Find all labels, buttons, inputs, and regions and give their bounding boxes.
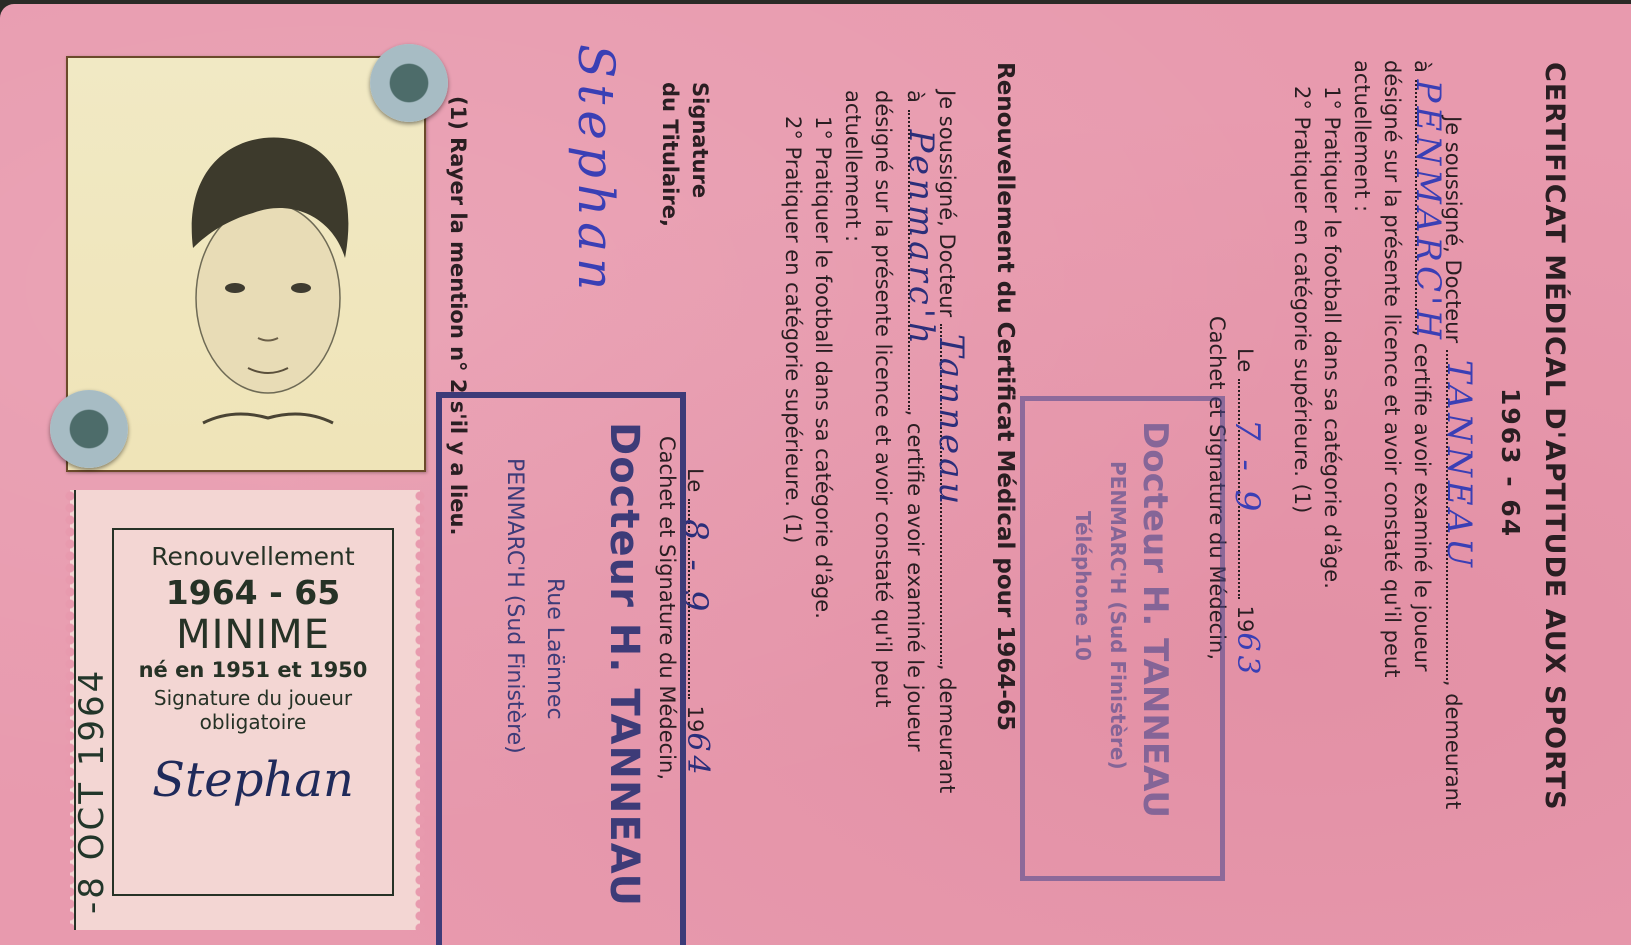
renewal-town-handwritten: Penmarc'h	[906, 130, 936, 348]
renewal-stamp-box: Renouvellement 1964 - 65 MINIME né en 19…	[112, 528, 394, 896]
cert-line-4: actuellement :	[1347, 60, 1377, 212]
postmark-date: -8 OCT 1964	[72, 668, 112, 914]
renewal-option-2: 2° Pratiquer en catégorie supérieure. (1…	[778, 116, 808, 543]
old-stamp-name: Docteur H. TANNEAU	[1135, 421, 1175, 818]
renewal-stamp-required: obligatoire	[114, 710, 392, 734]
doctor-name-field: TANNEAU	[1446, 350, 1448, 680]
grommet-bottom	[50, 390, 128, 468]
renewal-title: Renouvellement du Certificat Médical pou…	[992, 62, 1018, 731]
renewal-line-2: à Penmarc'h , certifie avoir examiné le …	[900, 90, 930, 752]
renewal-option-1: 1° Pratiquer le football dans sa catégor…	[808, 116, 838, 619]
cert-line-3: désigné sur la présente licence et avoir…	[1377, 60, 1407, 677]
renewal-stamp-born: né en 1951 et 1950	[114, 658, 392, 682]
doctor-stamp: Docteur H. TANNEAU Rue Laënnec PENMARC'H…	[436, 392, 686, 945]
cert-line-2: à PENMARC'H , certifie avoir examiné le …	[1407, 60, 1437, 672]
old-stamp-town: PENMARC'H (Sud Finistère)	[1106, 461, 1130, 770]
cert-date: Le 7 - 9 1963	[1230, 348, 1262, 679]
renewal-stamp-label: Renouvellement	[114, 542, 392, 571]
renewal-line-3: désigné sur la présente licence et avoir…	[868, 90, 898, 707]
certificate-title: CERTIFICAT MÉDICAL D'APTITUDE AUX SPORTS	[1539, 62, 1570, 811]
holder-signature-label-2: du Titulaire,	[658, 82, 682, 227]
grommet-top	[370, 44, 448, 122]
doctor-stamp-town: PENMARC'H (Sud Finistère)	[502, 458, 527, 754]
renewal-stamp-category: MINIME	[114, 612, 392, 658]
holder-signature-handwritten: Stephan	[567, 44, 625, 296]
cert-date-handwritten: 7 - 9	[1232, 419, 1262, 515]
renewal-line-4: actuellement :	[838, 90, 868, 242]
cert-year-handwritten: 63	[1230, 632, 1265, 678]
renewal-stamp-season: 1964 - 65	[114, 573, 392, 612]
cert-option-2: 2° Pratiquer en catégorie supérieure. (1…	[1287, 86, 1317, 513]
doctor-stamp-street: Rue Laënnec	[542, 578, 567, 720]
cert-option-1: 1° Pratiquer le football dans sa catégor…	[1317, 86, 1347, 589]
renewal-stamp: Renouvellement 1964 - 65 MINIME né en 19…	[70, 490, 420, 930]
renewal-stamp-signature: Stephan	[114, 752, 392, 808]
doctor-stamp-name: Docteur H. TANNEAU	[601, 422, 647, 907]
holder-signature-label-1: Signature	[688, 82, 712, 198]
doctor-name-handwritten: TANNEAU	[1444, 360, 1474, 571]
town-handwritten: PENMARC'H	[1413, 80, 1443, 343]
certificate-season: 1963 - 64	[1496, 388, 1525, 538]
town-field: PENMARC'H	[1415, 80, 1417, 330]
renewal-doctor-handwritten: Tanneau	[936, 334, 966, 508]
medical-certificate-card: CERTIFICAT MÉDICAL D'APTITUDE AUX SPORTS…	[0, 4, 1631, 945]
old-doctor-stamp: Docteur H. TANNEAU PENMARC'H (Sud Finist…	[1020, 396, 1225, 881]
portrait-image	[173, 128, 363, 428]
old-stamp-phone: Téléphone 10	[1071, 511, 1095, 661]
renewal-stamp-signature-label: Signature du joueur	[114, 686, 392, 710]
